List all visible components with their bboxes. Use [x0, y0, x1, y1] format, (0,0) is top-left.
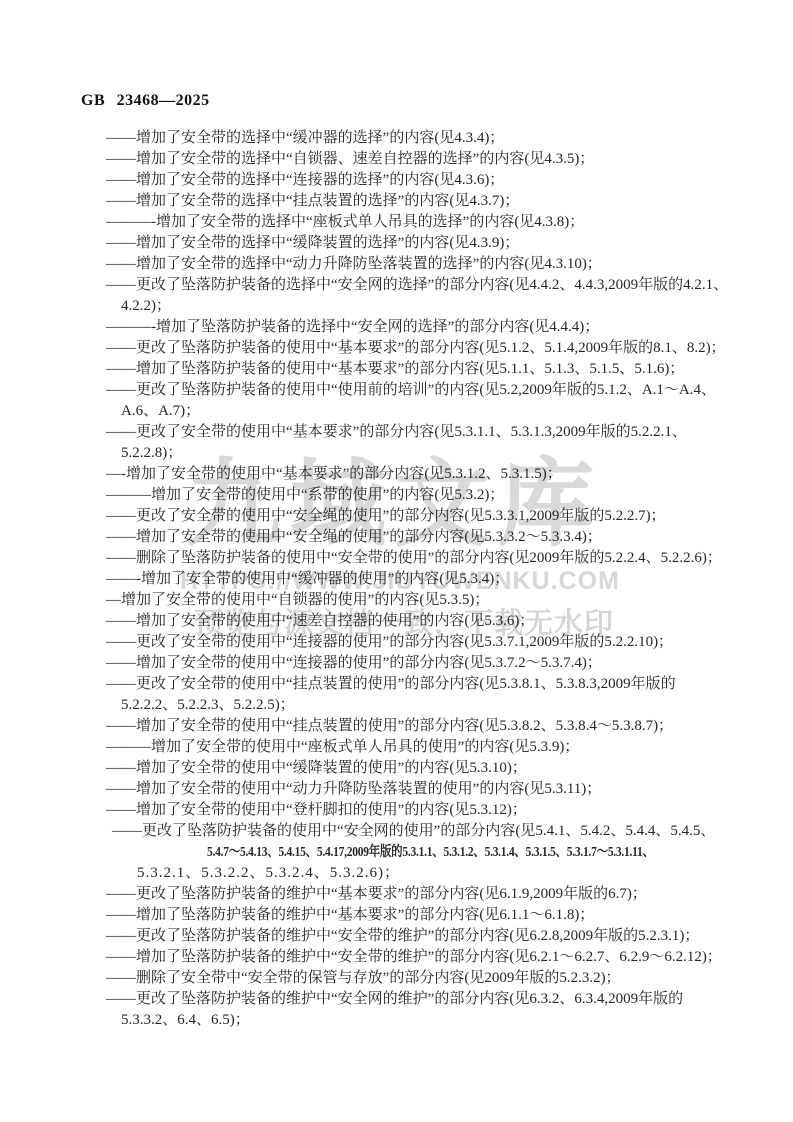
document-line: ——更改了坠落防护装备的维护中“安全带的维护”的部分内容(见6.2.8,2009… — [0, 926, 793, 947]
document-line: ——增加了坠落防护装备的维护中“基本要求”的部分内容(见6.1.1～6.1.8)… — [0, 905, 793, 926]
document-line: ——更改了坠落防护装备的使用中“基本要求”的部分内容(见5.1.2、5.1.4,… — [0, 338, 793, 359]
document-line: 4.2.2)； — [0, 296, 793, 317]
document-line: ——增加了安全带的选择中“自锁器、速差自控器的选择”的内容(见4.3.5)； — [0, 149, 793, 170]
document-line: 5.3.2.1、5.3.2.2、5.3.2.4、5.3.2.6)； — [0, 863, 793, 884]
document-line: ——更改了坠落防护装备的维护中“安全网的维护”的部分内容(见6.3.2、6.3.… — [0, 989, 793, 1010]
document-line: ———增加了安全带的使用中“座板式单人吊具的使用”的内容(见5.3.9)； — [0, 737, 793, 758]
document-line: ——更改了安全带的使用中“基本要求”的部分内容(见5.3.1.1、5.3.1.3… — [0, 422, 793, 443]
document-line: —增加了安全带的使用中“自锁器的使用”的内容(见5.3.5)； — [0, 590, 793, 611]
document-line: ——更改了坠落防护装备的维护中“基本要求”的部分内容(见6.1.9,2009年版… — [0, 884, 793, 905]
document-line: ——-增加了安全带的使用中“缓冲器的使用”的内容(见5.3.4)； — [0, 569, 793, 590]
standard-number-header: GB 23468—2025 — [81, 92, 210, 110]
document-line: ——删除了安全带中“安全带的保管与存放”的部分内容(见2009年版的5.2.3.… — [0, 968, 793, 989]
document-line: ——更改了安全带的使用中“连接器的使用”的部分内容(见5.3.7.1,2009年… — [0, 632, 793, 653]
document-line: ——删除了坠落防护装备的使用中“安全带的使用”的部分内容(见2009年版的5.2… — [0, 548, 793, 569]
document-line: 5.2.2.8)； — [0, 443, 793, 464]
document-line: ——增加了坠落防护装备的维护中“安全带的维护”的部分内容(见6.2.1～6.2.… — [0, 947, 793, 968]
foreword-changes-list: ——增加了安全带的选择中“缓冲器的选择”的内容(见4.3.4)；——增加了安全带… — [0, 128, 793, 1031]
document-line: ——增加了安全带的使用中“安全绳的使用”的部分内容(见5.3.3.2～5.3.3… — [0, 527, 793, 548]
document-page: 九域文库 HTTPS://WWW.JIUYUWENKU.COM 预览与源文档一致… — [0, 0, 793, 1122]
document-line: ——增加了安全带的选择中“缓冲器的选择”的内容(见4.3.4)； — [0, 128, 793, 149]
document-line: ——更改了坠落防护装备的使用中“安全网的使用”的部分内容(见5.4.1、5.4.… — [0, 821, 793, 842]
document-line: ——增加了安全带的使用中“缓降装置的使用”的内容(见5.3.10)； — [0, 758, 793, 779]
document-line: ——更改了安全带的使用中“安全绳的使用”的部分内容(见5.3.3.1,2009年… — [0, 506, 793, 527]
document-line: ——更改了坠落防护装备的选择中“安全网的选择”的部分内容(见4.4.2、4.4.… — [0, 275, 793, 296]
document-line: ——增加了安全带的选择中“挂点装置的选择”的内容(见4.3.7)； — [0, 191, 793, 212]
document-line: ——更改了坠落防护装备的使用中“使用前的培训”的内容(见5.2,2009年版的5… — [0, 380, 793, 401]
document-line: ——增加了安全带的选择中“动力升降防坠落装置的选择”的内容(见4.3.10)； — [0, 254, 793, 275]
document-line: ——增加了安全带的使用中“连接器的使用”的部分内容(见5.3.7.2～5.3.7… — [0, 653, 793, 674]
document-line: ——增加了坠落防护装备的使用中“基本要求”的部分内容(见5.1.1、5.1.3、… — [0, 359, 793, 380]
document-line: ——增加了安全带的使用中“登杆脚扣的使用”的内容(见5.3.12)； — [0, 800, 793, 821]
document-line: ——增加了安全带的使用中“动力升降防坠落装置的使用”的内容(见5.3.11)； — [0, 779, 793, 800]
document-line: ——增加了安全带的选择中“缓降装置的选择”的内容(见4.3.9)； — [0, 233, 793, 254]
document-line: ———-增加了安全带的选择中“座板式单人吊具的选择”的内容(见4.3.8)； — [0, 212, 793, 233]
document-line: ——增加了安全带的选择中“连接器的选择”的内容(见4.3.6)； — [0, 170, 793, 191]
document-line: ——增加了安全带的使用中“挂点装置的使用”的部分内容(见5.3.8.2、5.3.… — [0, 716, 793, 737]
document-line: 5.3.3.2、6.4、6.5)； — [0, 1010, 793, 1031]
document-line: 5.2.2.2、5.2.2.3、5.2.2.5)； — [0, 695, 793, 716]
document-line: A.6、A.7)； — [0, 401, 793, 422]
document-line: ———增加了安全带的使用中“系带的使用”的内容(见5.3.2)； — [0, 485, 793, 506]
document-line: ———-增加了坠落防护装备的选择中“安全网的选择”的部分内容(见4.4.4)； — [0, 317, 793, 338]
document-line: —-增加了安全带的使用中“基本要求”的部分内容(见5.3.1.2、5.3.1.5… — [0, 464, 793, 485]
document-line: ——更改了安全带的使用中“挂点装置的使用”的部分内容(见5.3.8.1、5.3.… — [0, 674, 793, 695]
document-line: 5.4.7～5.4.13、5.4.15、5.4.17,2009年版的5.3.1.… — [207, 842, 688, 863]
document-line: ——增加了安全带的使用中“速差自控器的使用”的内容(见5.3.6)； — [0, 611, 793, 632]
